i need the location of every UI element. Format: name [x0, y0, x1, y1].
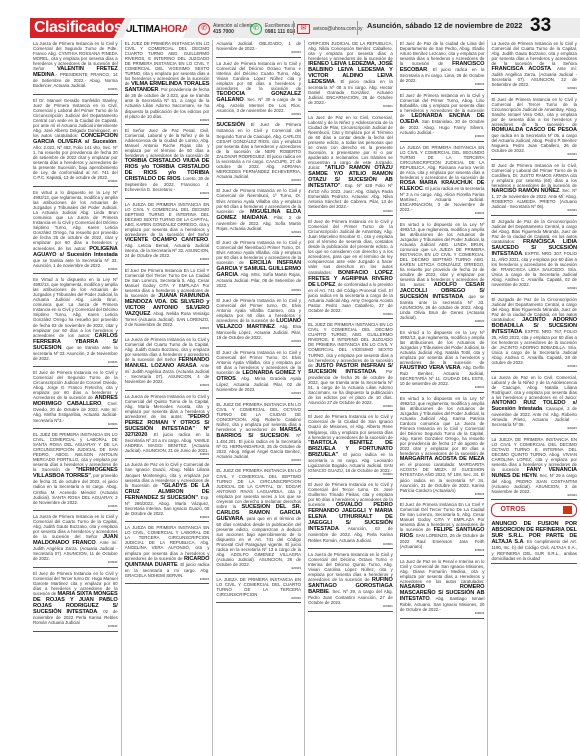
legal-notice: La Jueza de Paz en lo Civil, Comercial, …: [491, 374, 577, 434]
notice-closing: , para que en el término de 60 días cont…: [216, 516, 301, 567]
page-header: Clasificados ULTIMAHORA ✆ Atención al cl…: [0, 0, 580, 38]
notice-code: E/0021: [491, 365, 577, 369]
notice-code: E/0021: [33, 88, 118, 92]
section-title: Clasificados: [30, 18, 125, 38]
notice-body: EL JUEZ DE PRIMERA INSTANCIA EN LO CIVIL…: [33, 432, 118, 472]
legal-notice: LA JUEZA DE PRIMERA INSTANCIA EN LO CIVI…: [400, 144, 485, 219]
notice-closing: . SAN LORENZO, 26 de Octubre de 2022 Rau…: [400, 533, 485, 549]
legal-notice: SUCESIÓN El Juez de Primera Instancia en…: [216, 121, 301, 185]
notice-code: E/0021: [125, 119, 210, 123]
notice-code: E/0021: [491, 87, 577, 91]
legal-notice: EL JUEZ DE PRIMERA INSTANCIA EN LO CIVIL…: [216, 401, 301, 466]
notice-body: La Juez de Primera Instancia en lo Civil…: [216, 61, 301, 91]
legal-notice: LA JUEZA DE PRIMERA INSTANCIA EN LO CIVI…: [125, 201, 210, 265]
section-title-banner: Clasificados: [30, 18, 125, 38]
phone-number: 415 7000: [213, 29, 234, 35]
notice-code: E/0021: [308, 473, 393, 477]
page-number: 33: [530, 15, 551, 37]
notice-code: E/0021: [216, 51, 301, 55]
legal-notice: El Juez de Primera Instancia en lo Civil…: [491, 162, 577, 216]
legal-notice: EL JUEZ DE PRIMERA INSTANCIA EN LO CIVIL…: [216, 467, 301, 573]
legal-notice: El Juez de Primera Instancia en lo Civil…: [308, 413, 393, 479]
notice-code: E/0021: [216, 340, 301, 344]
column-5: El Juez de Paz de la ciudad de Lima del …: [397, 40, 489, 756]
legal-notice: LA JUEZA DE PRIMERA INSTANCIA EN LO CIVI…: [216, 576, 301, 604]
legal-notice: EL JUEZ DE PRIMERA INSTANCIA EN LO CIVIL…: [125, 40, 210, 125]
legal-notice: El Señor Juez de Paz Penal, Civil, Comer…: [125, 127, 210, 199]
notice-body: En virtud a lo dispuesto en la Ley Nº 49…: [400, 222, 485, 288]
notice-closing: El Juez de Primera Instancia en lo Civil…: [216, 122, 301, 178]
legal-notice: La Jueza de Primera Instancia en lo Civi…: [308, 551, 393, 612]
column-1: La Jueza de Primera Instancia en lo Civi…: [30, 40, 122, 756]
notice-code: E/0021: [216, 392, 301, 396]
notice-code: E/0021: [216, 567, 301, 571]
whatsapp-contact: ✆ Escríbenos al0981 111 018: [250, 19, 295, 38]
notice-code: E/0021: [216, 597, 301, 601]
notice-body: El Juez de Primera Instancia en lo Civil…: [491, 163, 577, 188]
legal-notice: El Juez de Primera Instancia en lo Civil…: [33, 570, 118, 632]
notice-code: E/0021: [33, 180, 118, 184]
legal-notice: El Juez de Primera Instancia en lo Civil…: [491, 96, 577, 160]
legal-notice: El Juez de Primera Instancia En Lo Civil…: [400, 501, 485, 556]
notice-closing: . EXPTE. NRO. 767, FOLIO 25, AÑO 2022, c…: [491, 329, 577, 365]
notice-code: E/0021: [33, 505, 118, 509]
notice-closing: . Año: 2.022, Nº 482, Folio 141 vlto, Se…: [33, 139, 118, 180]
legal-notice: El Juez de Primera Instancia en lo Civil…: [33, 369, 118, 429]
legal-notice: El Juez De Primera Instancia En Lo Civil…: [125, 267, 210, 334]
legal-notice: EL JUEZ DE PRIMERA INSTANCIA EN LO CIVIL…: [308, 321, 393, 411]
notice-body: En virtud a lo dispuesto en la Ley Nº 49…: [400, 396, 485, 457]
notice-body: La Jueza de Primera Instancia en lo Civi…: [491, 41, 577, 66]
legal-notice: En virtud a lo dispuesto en la Ley Nº 49…: [400, 395, 485, 499]
notice-closing: que se tramita ante la Secretaría Nº 33.…: [33, 258, 118, 268]
legal-notice: LA JUEZA DE PRIMERA INSTANCIA EN LO CIVI…: [125, 524, 210, 584]
mail-icon: ✉: [297, 24, 310, 34]
notice-code: E/0021: [33, 423, 118, 427]
logo-part-2: HORA: [160, 24, 188, 35]
notice-code: E/0021: [125, 327, 210, 331]
notice-closing: en el proceso caratulado: MARGARITA ACOS…: [400, 462, 485, 492]
notice-code: E/0021: [33, 625, 118, 629]
notice-code: E/0021: [400, 493, 485, 497]
notice-closing: . EXPTE. NRO. 307, FOLIO 11, AÑO 2021, c…: [491, 251, 577, 287]
logo-part-1: ULTIMA: [125, 24, 160, 35]
notice-code: E/0021: [400, 212, 485, 216]
legal-notice: La Juez de Primera Instancia en lo Civil…: [216, 60, 301, 120]
notice-code: E/0021: [400, 386, 485, 390]
notice-code: E/0021: [308, 543, 393, 547]
legal-notice: El Juez de Primera Instancia en lo Civil…: [216, 297, 301, 347]
legal-notice: En virtud a lo dispuesto en la Ley Nº 49…: [400, 329, 485, 393]
notice-code: E/0021: [308, 105, 393, 109]
email-address: avisos@uhora.com.py: [313, 26, 363, 32]
notice-body: El Dr. Manuel Geraldo Sanfeldin Stanley,…: [33, 98, 118, 138]
legal-notice: El Juez de Primera Instancia en lo Civil…: [216, 349, 301, 399]
notice-code: E/0021: [400, 83, 485, 87]
legal-notice: EL JUEZ DE PRIMERA INSTANCIA EN LO CIVIL…: [33, 431, 118, 511]
legal-notice: En virtud a lo dispuesto en la Ley Nº 49…: [33, 189, 118, 274]
legal-notice: La JUEZA DE PRIMERA INSTANCIA EN LO CIVI…: [491, 436, 577, 501]
legal-notice: El Juez de Primera Instancia en lo Civil…: [308, 481, 393, 549]
dateline: Asunción, sábado 12 de noviembre de 2022: [367, 21, 522, 30]
notice-code: E/0021: [125, 578, 210, 582]
legal-notice: La Jueza de Primera Instancia en lo Civi…: [125, 336, 210, 391]
notice-code: E/0021: [400, 549, 485, 553]
notice-body: EL JUEZ DE PRIMERA INSTANCIA EN LO CIVIL…: [125, 41, 210, 86]
column-4: CRIPCION JUDICIAL DE LA REPUBLICA, Abg. …: [305, 40, 397, 756]
column-6: La Jueza de Primera Instancia en lo Civi…: [488, 40, 580, 756]
notice-code: E/0021: [216, 179, 301, 183]
notice-code: E/0021: [216, 231, 301, 235]
whatsapp-number: 0981 111 018: [265, 29, 295, 35]
legal-notice: La Jueza de Primera Instancia en lo Civi…: [33, 513, 118, 568]
notice-body: LA JUEZA DE PRIMERA INSTANCIA EN LO CIVI…: [216, 577, 301, 597]
legal-notice: El Juez de Primera Instancia en lo Civil…: [308, 218, 393, 319]
notice-code: E/0021: [491, 427, 577, 431]
whatsapp-icon: ✆: [250, 23, 262, 35]
notice-code: E/0021: [308, 313, 393, 317]
notice-code: E/0021: [491, 287, 577, 291]
notice-body: El Juez de Primera Instancia en lo Civil…: [308, 219, 393, 274]
notice-code: E/0021: [125, 192, 210, 196]
ultimahora-logo: ULTIMAHORA: [123, 19, 191, 38]
legal-notice: La Jueza de Primera Instancia en lo Civi…: [125, 393, 210, 460]
legal-notice: La Jueza de Primera Instancia en lo Civi…: [491, 40, 577, 94]
classifieds-columns: La Jueza de Primera Instancia en lo Civi…: [30, 40, 580, 756]
legal-notice: El Juez de Primera Instancia en lo Civil…: [400, 92, 485, 142]
notice-code: E/0021: [216, 289, 301, 293]
notice-body: Actuaria Judicial. OBLIGADO, 1 de Noviem…: [216, 41, 301, 51]
notice-code: E/0021: [33, 361, 118, 365]
notice-body: El Juez de Primera Instancia en lo Civil…: [308, 414, 393, 439]
legal-notice: La Jueza de Paz en lo Civil y Comercial …: [125, 461, 210, 522]
notice-body: LA JUEZA DE PRIMERA INSTANCIA EN LO CIVI…: [125, 202, 210, 237]
notice-code: E/0021: [308, 210, 393, 214]
legal-notice: La Juez de Paz en lo Civil, Comercial, L…: [308, 114, 393, 216]
notice-body: CRIPCION JUDICIAL DE LA REPUBLICA, Abg. …: [308, 41, 393, 61]
notice-body: En virtud a lo dispuesto en la Ley Nº 49…: [33, 190, 118, 251]
legal-notice: El Juez de Primera Instancia en lo Civil…: [216, 187, 301, 237]
email-contact: ✉ avisos@uhora.com.py: [297, 19, 363, 38]
notice-body: LA JUEZA DE PRIMERA INSTANCIA EN LO CIVI…: [400, 145, 485, 180]
legal-notice: El Juzgado de Paz de la Circunscripción …: [491, 218, 577, 294]
divider: [357, 21, 358, 35]
notice-code: E/0021: [125, 453, 210, 457]
legal-notice: El Juez de Paz de la ciudad de Lima del …: [400, 40, 485, 90]
notice-code: E/0021: [33, 561, 118, 565]
section-tab-label: OTROS: [500, 506, 525, 513]
notice-code: E/0021: [216, 459, 301, 463]
notice-code: E/0021: [491, 494, 577, 498]
divider: [293, 21, 294, 35]
legal-notice: El Dr. Manuel Geraldo Sanfeldin Stanley,…: [33, 97, 118, 187]
notice-code: E/0021: [308, 605, 393, 609]
legal-notice: El Juzgado de Paz de la Circunscripción …: [491, 296, 577, 372]
notice-code: E/0021: [216, 113, 301, 117]
phone-icon: ✆: [198, 23, 210, 35]
notice-body: En Virtud a lo dispuesto en la Ley Nº 49…: [33, 277, 118, 338]
notice-body: EL JUEZ DE PRIMERA INSTANCIA EN LO CIVIL…: [308, 322, 393, 367]
column-3: Actuaria Judicial. OBLIGADO, 1 de Noviem…: [213, 40, 305, 756]
notice-code: E/0021: [491, 153, 577, 157]
notice-code: E/0021: [33, 268, 118, 272]
notice-code: E/0021: [308, 405, 393, 409]
legal-notice: La Jueza de Primera Instancia en lo Civi…: [33, 40, 118, 95]
legal-notice: CRIPCION JUDICIAL DE LA REPUBLICA, Abg. …: [308, 40, 393, 112]
legal-notice: La Juez de Paz en lo Penal e Interina en…: [400, 558, 485, 619]
legal-notice: En Virtud a lo dispuesto en la Ley Nº 49…: [33, 276, 118, 367]
notice-code: E/0021: [125, 258, 210, 262]
notice-code: E/0021: [400, 320, 485, 324]
notice-body: La Juez de Paz en lo Civil, Comercial, L…: [308, 115, 393, 170]
notice-code: E/0021: [400, 612, 485, 616]
section-tab-otros: OTROS: [491, 503, 577, 517]
notice-body: En virtud a lo dispuesto en la Ley Nº 49…: [400, 330, 485, 365]
legal-notice: El Juez de Primera Instancia en lo Civil…: [216, 239, 301, 295]
notice-body: El Juez de Primera Instancia en lo Civil…: [491, 97, 577, 127]
legal-notice: Actuaria Judicial. OBLIGADO, 1 de Noviem…: [216, 40, 301, 58]
notice-body: EL JUEZ DE PRIMERA INSTANCIA EN LO CIVIL…: [216, 468, 301, 508]
notice-body: La Juez de Paz en lo Penal e Interina en…: [400, 559, 485, 584]
notice-code: E/0021: [400, 135, 485, 139]
notice-code: E/0021: [491, 209, 577, 213]
legal-notice: ANUNCIO DE FUSION POR ABSORCION DE REFIN…: [491, 520, 577, 563]
phone-contact: ✆ Atención al cliente:415 7000: [198, 19, 255, 38]
section-icon: [563, 506, 572, 514]
notice-closing: . Por providencia de fecha 26 de octubre…: [308, 369, 393, 405]
legal-notice: En virtud a lo dispuesto en la Ley Nº 49…: [400, 221, 485, 327]
notice-closing: que radica en la Secretaría Nº 05, a car…: [491, 133, 577, 153]
notice-body: El Señor Juez de Paz Penal, Civil, Comer…: [125, 128, 210, 158]
notice-code: E/0021: [125, 384, 210, 388]
notice-code: E/0021: [125, 516, 210, 520]
column-2: EL JUEZ DE PRIMERA INSTANCIA EN LO CIVIL…: [122, 40, 214, 756]
notice-body: La Jueza de Paz en lo Civil, Comercial, …: [491, 375, 577, 400]
